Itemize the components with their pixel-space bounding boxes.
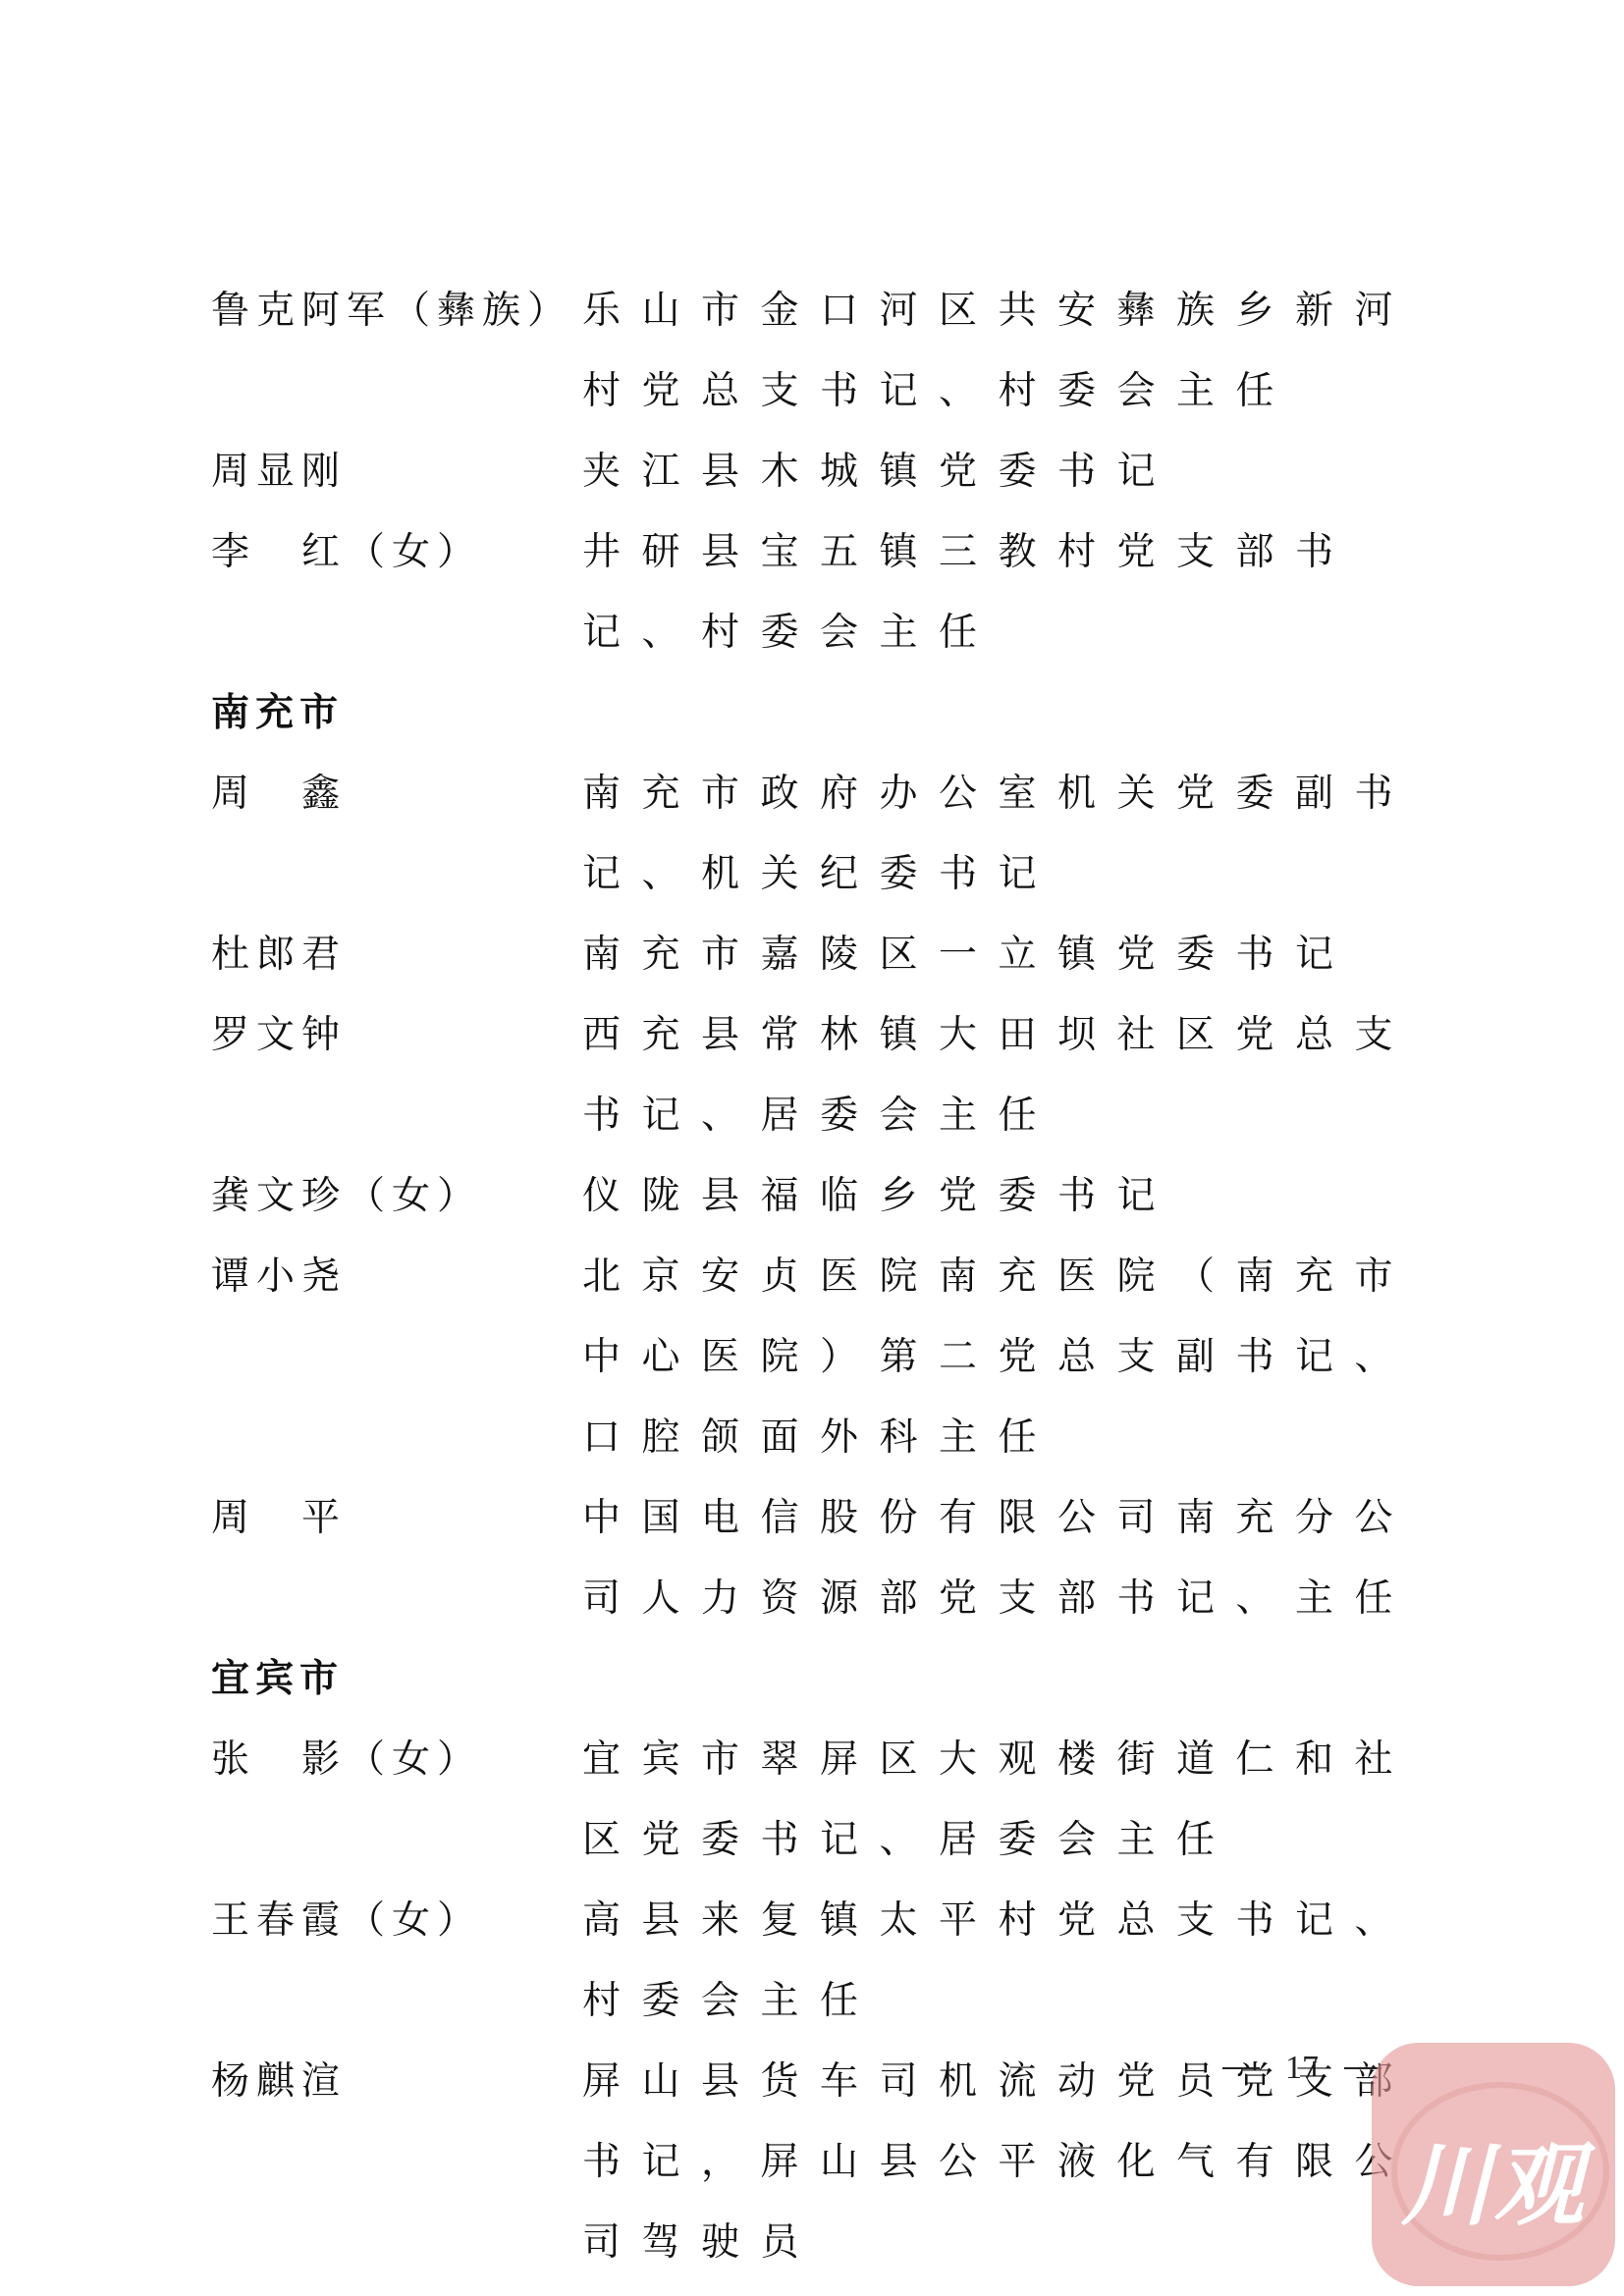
section-heading-yibin: 宜宾市 [211, 1639, 1429, 1720]
person-name: 杨麒渲 [211, 2042, 582, 2122]
person-position: 井研县宝五镇三教村党支部书记、村委会主任 [582, 512, 1450, 673]
list-item: 周 鑫 南充市政府办公室机关党委副书记、机关纪委书记 [211, 754, 1429, 915]
person-name: 杜郎君 [211, 915, 582, 995]
list-item: 周显刚 夹江县木城镇党委书记 [211, 432, 1429, 512]
person-position: 宜宾市翠屏区大观楼街道仁和社区党委书记、居委会主任 [582, 1720, 1450, 1881]
page-number: 17 [1222, 2050, 1381, 2087]
person-position: 南充市政府办公室机关党委副书记、机关纪委书记 [582, 754, 1450, 915]
person-position: 高县来复镇太平村党总支书记、村委会主任 [582, 1881, 1450, 2042]
list-item: 周 平 中国电信股份有限公司南充分公司人力资源部党支部书记、主任 [211, 1478, 1429, 1639]
person-name: 周 鑫 [211, 754, 582, 834]
section-heading-nanchong: 南充市 [211, 673, 1429, 754]
chuanguan-watermark-logo: 川观 [1372, 2043, 1615, 2286]
person-position: 中国电信股份有限公司南充分公司人力资源部党支部书记、主任 [582, 1478, 1450, 1639]
document-page: 鲁克阿军（彝族） 乐山市金口河区共安彝族乡新河村党总支书记、村委会主任 周显刚 … [0, 0, 1624, 2296]
list-item: 鲁克阿军（彝族） 乐山市金口河区共安彝族乡新河村党总支书记、村委会主任 [211, 271, 1429, 432]
list-item: 谭小尧 北京安贞医院南充医院（南充市中心医院）第二党总支副书记、口腔颌面外科主任 [211, 1237, 1429, 1478]
person-name: 鲁克阿军（彝族） [211, 271, 582, 351]
list-item: 罗文钟 西充县常林镇大田坝社区党总支书记、居委会主任 [211, 995, 1429, 1156]
person-position: 乐山市金口河区共安彝族乡新河村党总支书记、村委会主任 [582, 271, 1450, 432]
person-name: 罗文钟 [211, 995, 582, 1076]
list-item: 杜郎君 南充市嘉陵区一立镇党委书记 [211, 915, 1429, 995]
list-item: 王春霞（女） 高县来复镇太平村党总支书记、村委会主任 [211, 1881, 1429, 2042]
person-name: 周 平 [211, 1478, 582, 1559]
person-name: 张 影（女） [211, 1720, 582, 1800]
list-item: 张 影（女） 宜宾市翠屏区大观楼街道仁和社区党委书记、居委会主任 [211, 1720, 1429, 1881]
person-position: 夹江县木城镇党委书记 [582, 432, 1450, 512]
page-number-value: 17 [1285, 2050, 1319, 2087]
person-position: 北京安贞医院南充医院（南充市中心医院）第二党总支副书记、口腔颌面外科主任 [582, 1237, 1450, 1478]
person-name: 李 红（女） [211, 512, 582, 593]
list-item: 龚文珍（女） 仪陇县福临乡党委书记 [211, 1156, 1429, 1237]
dash-left [1222, 2067, 1260, 2069]
person-name: 龚文珍（女） [211, 1156, 582, 1237]
person-position: 南充市嘉陵区一立镇党委书记 [582, 915, 1450, 995]
watermark-text: 川观 [1372, 2113, 1615, 2243]
list-item: 李 红（女） 井研县宝五镇三教村党支部书记、村委会主任 [211, 512, 1429, 673]
person-name: 谭小尧 [211, 1237, 582, 1317]
person-position: 西充县常林镇大田坝社区党总支书记、居委会主任 [582, 995, 1450, 1156]
person-name: 王春霞（女） [211, 1881, 582, 1961]
person-position: 仪陇县福临乡党委书记 [582, 1156, 1450, 1237]
person-name: 周显刚 [211, 432, 582, 512]
honoree-list: 鲁克阿军（彝族） 乐山市金口河区共安彝族乡新河村党总支书记、村委会主任 周显刚 … [211, 271, 1429, 2283]
